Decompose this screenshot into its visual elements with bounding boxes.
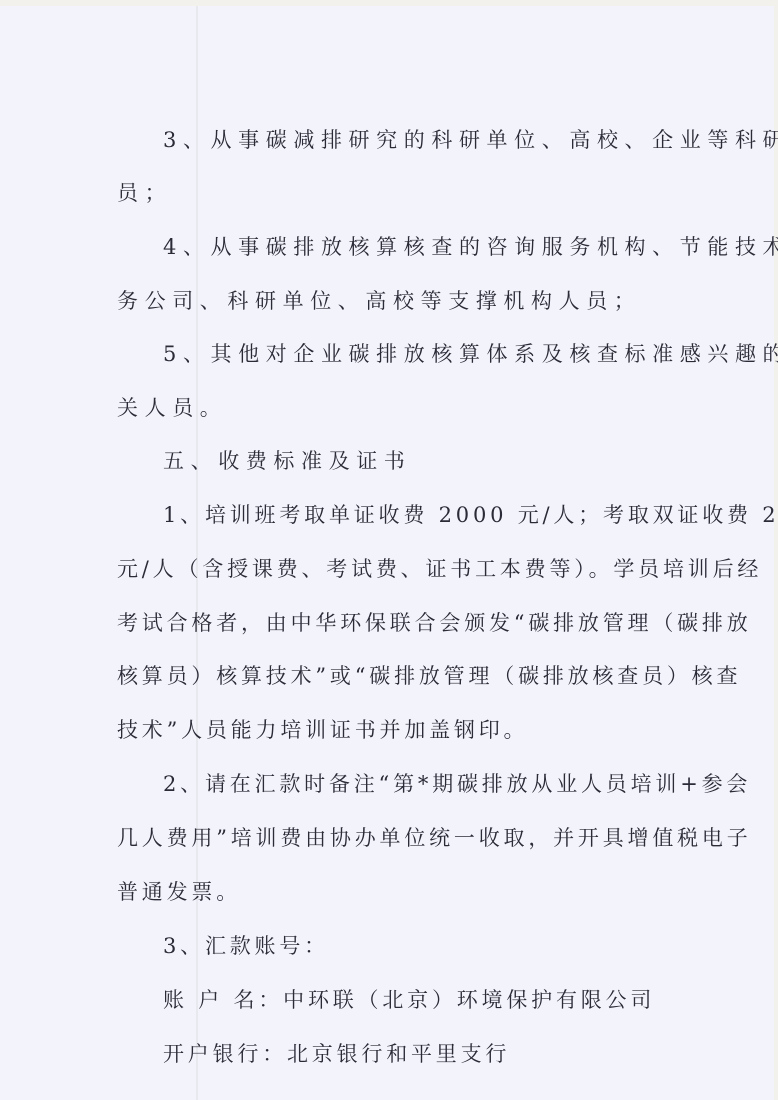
paragraph-line: 技术”人员能力培训证书并加盖钢印。 — [117, 718, 528, 742]
paragraph-line: 核算员）核算技术”或“碳排放管理（碳排放核查员）核查 — [117, 664, 741, 688]
paragraph-line: 5、其他对企业碳排放核算体系及核查标准感兴趣的相 — [163, 342, 778, 366]
paragraph-line: 4、从事碳排放核算核查的咨询服务机构、节能技术服 — [163, 235, 778, 259]
paragraph-line: 务公司、科研单位、高校等支撑机构人员； — [117, 289, 641, 313]
section-heading: 五、收费标准及证书 — [163, 449, 411, 473]
paragraph-line: 2、请在汇款时备注“第*期碳排放从业人员培训+参会 — [163, 772, 751, 796]
paragraph-line: 1、培训班考取单证收费 2000 元/人；考取双证收费 2500 — [163, 503, 778, 527]
paragraph-line: 考试合格者，由中华环保联合会颁发“碳排放管理（碳排放 — [117, 611, 752, 635]
document-page: 3、从事碳减排研究的科研单位、高校、企业等科研人 员； 4、从事碳排放核算核查的… — [0, 6, 774, 1100]
paragraph-line: 几人费用”培训费由协办单位统一收取，并开具增值税电子 — [117, 826, 752, 850]
paragraph-line: 3、从事碳减排研究的科研单位、高校、企业等科研人 — [163, 128, 778, 152]
paragraph-line: 元/人（含授课费、考试费、证书工本费等）。学员培训后经 — [117, 557, 762, 581]
paragraph-line: 员； — [117, 181, 172, 205]
paragraph-line: 关人员。 — [117, 396, 227, 420]
paragraph-line: 普通发票。 — [117, 880, 241, 904]
account-name: 账 户 名：中环联（北京）环境保护有限公司 — [163, 988, 655, 1012]
paragraph-line: 3、汇款账号： — [163, 934, 329, 958]
bank-name: 开户银行：北京银行和平里支行 — [163, 1042, 510, 1066]
